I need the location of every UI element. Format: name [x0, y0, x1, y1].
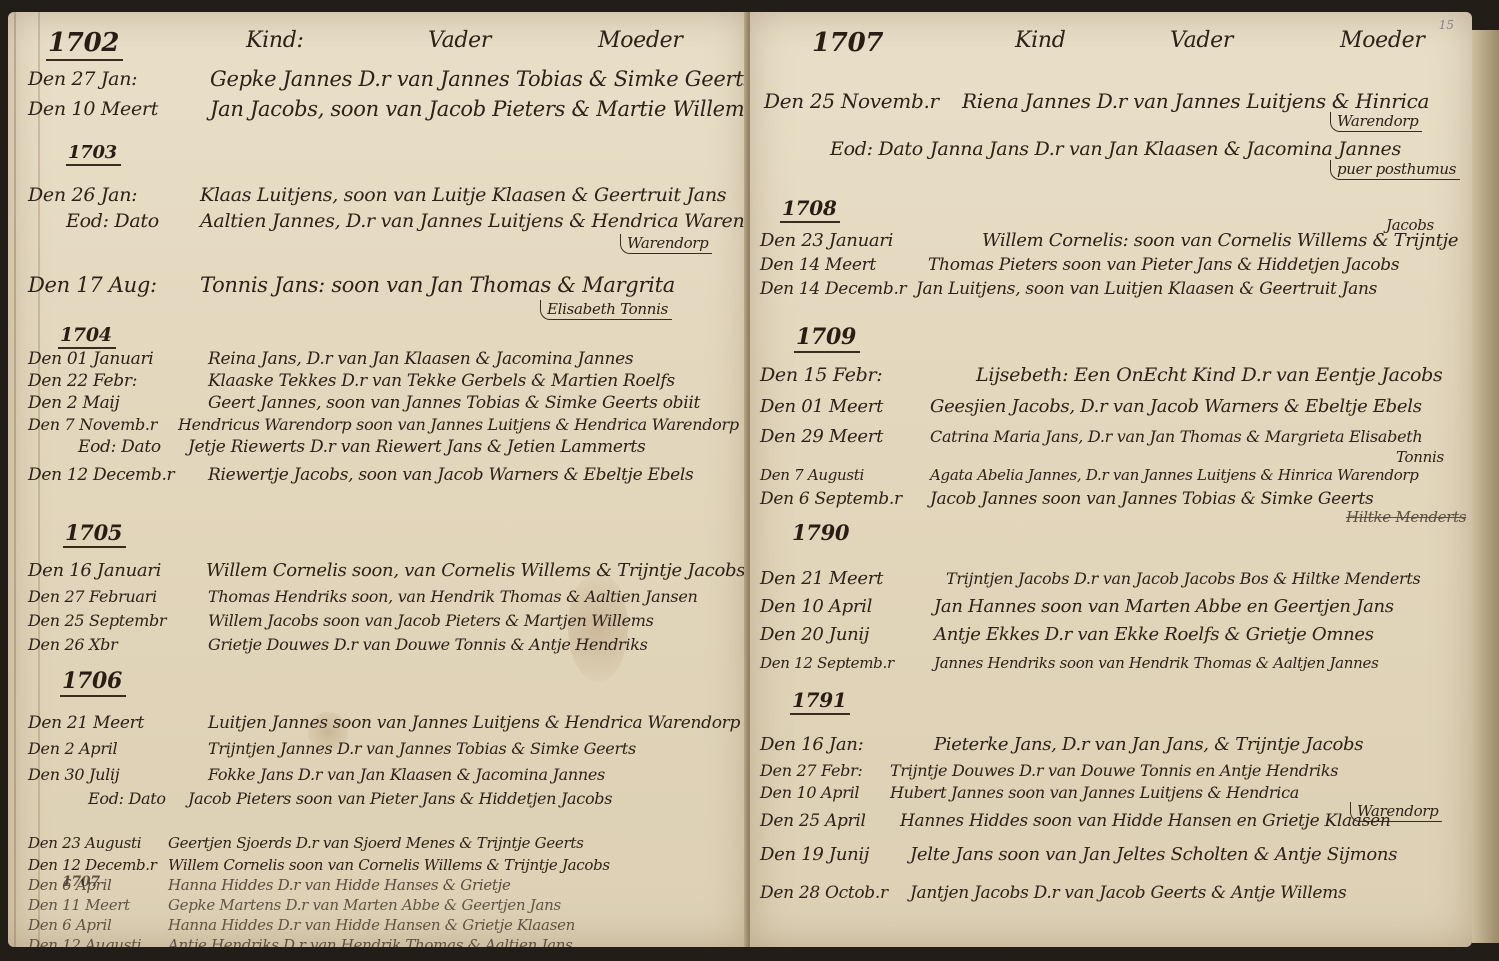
entry-text: Jantjen Jacobs D.r van Jacob Geerts & An… — [910, 882, 1346, 904]
entry-text: Willem Cornelis: soon van Cornelis Wille… — [982, 230, 1458, 252]
entry-text: Willem Jacobs soon van Jacob Pieters & M… — [208, 610, 654, 632]
year-label: 1709 — [794, 324, 860, 353]
right-page: 15 1707 Kind Vader Moeder Den 25 Novemb.… — [750, 12, 1472, 947]
entry-text: Geert Jannes, soon van Jannes Tobias & S… — [208, 392, 700, 414]
register-entry: Eod: Dato Aaltien Jannes, D.r van Jannes… — [66, 210, 159, 232]
register-entry: Den 22 Febr: Klaaske Tekkes D.r van Tekk… — [28, 370, 137, 392]
register-entry: Den 11 Meert Gepke Martens D.r van Marte… — [28, 894, 130, 916]
entry-date: Eod: Dato — [66, 210, 159, 232]
register-entry: Den 28 Octob.r Jantjen Jacobs D.r van Ja… — [760, 882, 888, 904]
entry-text: Antje Ekkes D.r van Ekke Roelfs & Grietj… — [934, 624, 1374, 646]
register-entry: Den 10 Meert Jan Jacobs, soon van Jacob … — [28, 98, 158, 120]
entry-text: Jan Hannes soon van Marten Abbe en Geert… — [934, 596, 1394, 618]
register-entry: Den 2 April Trijntjen Jannes D.r van Jan… — [28, 738, 117, 760]
register-entry: Den 12 Septemb.r Jannes Hendriks soon va… — [760, 652, 894, 674]
entry-text: Hanna Hiddes D.r van Hidde Hanses & Grie… — [168, 874, 511, 896]
entry-text: Gepke Jannes D.r van Jannes Tobias & Sim… — [210, 68, 748, 90]
year-label: 1708 — [780, 196, 840, 223]
entry-text: Janna Jans D.r van Jan Klaasen & Jacomin… — [930, 138, 1401, 160]
entry-date: Den 26 Jan: — [28, 184, 137, 206]
entry-date: Eod: Dato — [88, 788, 166, 810]
register-entry: Den 17 Aug: Tonnis Jans: soon van Jan Th… — [28, 274, 157, 296]
entry-text: Jelte Jans soon van Jan Jeltes Scholten … — [910, 844, 1397, 866]
register-entry: Den 26 Jan: Klaas Luitjens, soon van Lui… — [28, 184, 137, 206]
register-entry: Den 23 Januari Willem Cornelis: soon van… — [760, 230, 893, 252]
register-entry: Eod: Dato Janna Jans D.r van Jan Klaasen… — [830, 138, 923, 160]
entry-text: Riewertje Jacobs, soon van Jacob Warners… — [208, 464, 693, 486]
entry-text: Tonnis Jans: soon van Jan Thomas & Margr… — [200, 274, 675, 296]
register-entry: Den 15 Febr: Lijsebeth: Een OnEcht Kind … — [760, 364, 882, 386]
entry-date: Den 10 April — [760, 782, 859, 804]
header-moeder: Moeder — [1340, 28, 1425, 53]
margin-note: puer posthumus — [1330, 160, 1460, 180]
register-entry: Den 14 Decemb.r Jan Luitjens, soon van L… — [760, 278, 906, 300]
entry-text: Klaas Luitjens, soon van Luitje Klaasen … — [200, 184, 726, 206]
entry-date: Den 30 Julij — [28, 764, 119, 786]
register-entry: Den 14 Meert Thomas Pieters soon van Pie… — [760, 254, 876, 276]
entry-text: Luitjen Jannes soon van Jannes Luitjens … — [208, 712, 740, 734]
entry-text: Catrina Maria Jans, D.r van Jan Thomas &… — [930, 426, 1422, 448]
struck-note: Hiltke Menderts — [1346, 508, 1466, 526]
entry-date: Den 25 Septembr — [28, 610, 166, 632]
entry-date: Den 23 Augusti — [28, 832, 141, 854]
entry-date: Den 2 April — [28, 738, 117, 760]
year-label: 1790 — [790, 520, 853, 546]
year-header: 1702 — [46, 28, 123, 61]
entry-text: Agata Abelia Jannes, D.r van Jannes Luit… — [930, 464, 1419, 486]
entry-date: Den 10 April — [760, 596, 872, 618]
register-entry: Den 27 Jan: Gepke Jannes D.r van Jannes … — [28, 68, 137, 90]
entry-date: Den 29 Meert — [760, 426, 883, 448]
entry-date: Den 25 April — [760, 810, 866, 832]
entry-date: Den 26 Xbr — [28, 634, 117, 656]
entry-date: Den 12 Septemb.r — [760, 652, 894, 674]
entry-text: Jacob Pieters soon van Pieter Jans & Hid… — [188, 788, 612, 810]
entry-date: Den 14 Meert — [760, 254, 876, 276]
year-label: 1791 — [790, 688, 850, 715]
entry-text: Riena Jannes D.r van Jannes Luitjens & H… — [962, 90, 1429, 112]
entry-date: Den 19 Junij — [760, 844, 869, 866]
header-kind: Kind: — [246, 28, 304, 53]
register-entry: Eod: Dato Jetje Riewerts D.r van Riewert… — [78, 436, 161, 458]
entry-date: Den 22 Febr: — [28, 370, 137, 392]
entry-text: Reina Jans, D.r van Jan Klaasen & Jacomi… — [208, 348, 633, 370]
left-page: 1702 Kind: Vader Moeder Den 27 Jan: Gepk… — [8, 12, 748, 947]
header-moeder: Moeder — [598, 28, 683, 53]
entry-date: Den 6 April — [28, 874, 112, 896]
entry-date: Den 21 Meert — [760, 568, 883, 590]
year-header: 1707 — [810, 28, 887, 59]
year-label: 1704 — [58, 324, 116, 349]
register-entry: Den 27 Februari Thomas Hendriks soon, va… — [28, 586, 157, 608]
register-entry: Den 21 Meert Trijntjen Jacobs D.r van Ja… — [760, 568, 883, 590]
struck-entry: Den 6 April Hanna Hiddes D.r van Hidde H… — [28, 874, 112, 896]
register-entry: Den 25 Septembr Willem Jacobs soon van J… — [28, 610, 166, 632]
year-label: 1706 — [60, 668, 126, 697]
register-entry: Den 16 Jan: Pieterke Jans, D.r van Jan J… — [760, 734, 863, 756]
entry-text: Jan Luitjens, soon van Luitjen Klaasen &… — [916, 278, 1377, 300]
register-entry: Den 12 Augusti Antje Hendriks D.r van He… — [28, 934, 141, 947]
entry-text: Hubert Jannes soon van Jannes Luitjens &… — [890, 782, 1299, 804]
register-entry: Den 27 Febr: Trijntje Douwes D.r van Dou… — [760, 760, 863, 782]
register-entry: Eod: Dato Jacob Pieters soon van Pieter … — [88, 788, 166, 810]
entry-text: Fokke Jans D.r van Jan Klaasen & Jacomin… — [208, 764, 605, 786]
entry-text: Willem Cornelis soon van Cornelis Willem… — [168, 854, 610, 876]
entry-text: Trijntjen Jannes D.r van Jannes Tobias &… — [208, 738, 636, 760]
register-entry: Den 12 Decemb.r Riewertje Jacobs, soon v… — [28, 464, 174, 486]
entry-text: Pieterke Jans, D.r van Jan Jans, & Trijn… — [934, 734, 1363, 756]
entry-text: Grietje Douwes D.r van Douwe Tonnis & An… — [208, 634, 648, 656]
header-kind: Kind — [1015, 28, 1066, 53]
entry-text: Hendricus Warendorp soon van Jannes Luit… — [178, 414, 739, 436]
entry-text: Hanna Hiddes D.r van Hidde Hansen & Grie… — [168, 914, 575, 936]
register-entry: Den 29 Meert Catrina Maria Jans, D.r van… — [760, 426, 883, 448]
register-entry: Den 10 April Hubert Jannes soon van Jann… — [760, 782, 859, 804]
register-entry: Den 01 Januari Reina Jans, D.r van Jan K… — [28, 348, 153, 370]
register-entry: Den 20 Junij Antje Ekkes D.r van Ekke Ro… — [760, 624, 869, 646]
entry-date: Den 27 Febr: — [760, 760, 863, 782]
entry-date: Den 16 Januari — [28, 560, 161, 582]
entry-date: Den 14 Decemb.r — [760, 278, 906, 300]
register-entry: Den 19 Junij Jelte Jans soon van Jan Jel… — [760, 844, 869, 866]
register-entry: Den 30 Julij Fokke Jans D.r van Jan Klaa… — [28, 764, 119, 786]
entry-text: Trijntje Douwes D.r van Douwe Tonnis en … — [890, 760, 1338, 782]
entry-date: Eod: Dato — [830, 138, 923, 160]
entry-date: Den 01 Januari — [28, 348, 153, 370]
entry-text: Lijsebeth: Een OnEcht Kind D.r van Eentj… — [976, 364, 1442, 386]
entry-date: Den 27 Februari — [28, 586, 157, 608]
entry-date: Den 10 Meert — [28, 98, 158, 120]
entry-text: Antje Hendriks D.r van Hendrik Thomas & … — [168, 934, 573, 947]
header-vader: Vader — [428, 28, 491, 53]
entry-date: Den 21 Meert — [28, 712, 144, 734]
entry-date: Den 25 Novemb.r — [764, 90, 939, 112]
entry-text: Klaaske Tekkes D.r van Tekke Gerbels & M… — [208, 370, 675, 392]
entry-text: Hannes Hiddes soon van Hidde Hansen en G… — [900, 810, 1391, 832]
entry-date: Den 11 Meert — [28, 894, 130, 916]
register-entry: Den 16 Januari Willem Cornelis soon, van… — [28, 560, 161, 582]
register-entry: Den 12 Decemb.r Willem Cornelis soon van… — [28, 854, 157, 876]
year-label: 1705 — [63, 520, 126, 548]
header-vader: Vader — [1170, 28, 1233, 53]
entry-text: Geertjen Sjoerds D.r van Sjoerd Menes & … — [168, 832, 583, 854]
entry-text: Geesjien Jacobs, D.r van Jacob Warners &… — [930, 396, 1422, 418]
entry-text: Thomas Hendriks soon, van Hendrik Thomas… — [208, 586, 698, 608]
margin-note: Warendorp — [1330, 112, 1422, 132]
entry-date: Den 2 Maij — [28, 392, 120, 414]
margin-note: Warendorp — [620, 234, 712, 254]
entry-date: Den 17 Aug: — [28, 274, 157, 296]
year-label: 1703 — [66, 142, 121, 166]
entry-date: Den 6 April — [28, 914, 112, 936]
entry-text: Jetje Riewerts D.r van Riewert Jans & Je… — [188, 436, 645, 458]
entry-date: Den 28 Octob.r — [760, 882, 888, 904]
entry-date: Den 12 Augusti — [28, 934, 141, 947]
register-entry: Den 2 Maij Geert Jannes, soon van Jannes… — [28, 392, 120, 414]
entry-date: Den 6 Septemb.r — [760, 488, 902, 510]
register-entry: Den 21 Meert Luitjen Jannes soon van Jan… — [28, 712, 144, 734]
entry-text: Trijntjen Jacobs D.r van Jacob Jacobs Bo… — [946, 568, 1420, 590]
register-entry: Den 6 April Hanna Hiddes D.r van Hidde H… — [28, 914, 112, 936]
entry-text: Jan Jacobs, soon van Jacob Pieters & Mar… — [210, 98, 748, 120]
register-entry: Den 25 April Hannes Hiddes soon van Hidd… — [760, 810, 866, 832]
page-number: 15 — [1439, 18, 1454, 32]
entry-date: Den 01 Meert — [760, 396, 883, 418]
entry-date: Eod: Dato — [78, 436, 161, 458]
entry-text: Aaltien Jannes, D.r van Jannes Luitjens … — [200, 210, 748, 232]
entry-text: Willem Cornelis soon, van Cornelis Wille… — [206, 560, 745, 582]
register-entry: Den 10 April Jan Hannes soon van Marten … — [760, 596, 872, 618]
entry-date: Den 15 Febr: — [760, 364, 882, 386]
entry-date: Den 23 Januari — [760, 230, 893, 252]
register-entry: Den 26 Xbr Grietje Douwes D.r van Douwe … — [28, 634, 117, 656]
entry-text: Gepke Martens D.r van Marten Abbe & Geer… — [168, 894, 561, 916]
register-book: 1702 Kind: Vader Moeder Den 27 Jan: Gepk… — [0, 0, 1499, 961]
margin-note: Elisabeth Tonnis — [540, 300, 672, 320]
entry-text: Jacob Jannes soon van Jannes Tobias & Si… — [930, 488, 1373, 510]
entry-date: Den 16 Jan: — [760, 734, 863, 756]
entry-date: Den 7 Novemb.r — [28, 414, 157, 436]
entry-date: Den 7 Augusti — [760, 464, 864, 486]
entry-text: Thomas Pieters soon van Pieter Jans & Hi… — [928, 254, 1399, 276]
register-entry: Den 7 Novemb.r Hendricus Warendorp soon … — [28, 414, 157, 436]
register-entry: Den 23 Augusti Geertjen Sjoerds D.r van … — [28, 832, 141, 854]
entry-date: Den 20 Junij — [760, 624, 869, 646]
register-entry: Den 01 Meert Geesjien Jacobs, D.r van Ja… — [760, 396, 883, 418]
entry-date: Den 12 Decemb.r — [28, 464, 174, 486]
entry-text: Jannes Hendriks soon van Hendrik Thomas … — [934, 652, 1379, 674]
entry-date: Den 12 Decemb.r — [28, 854, 157, 876]
register-entry: Den 25 Novemb.r Riena Jannes D.r van Jan… — [764, 90, 939, 112]
register-entry: Den 6 Septemb.r Jacob Jannes soon van Ja… — [760, 488, 902, 510]
entry-date: Den 27 Jan: — [28, 68, 137, 90]
register-entry: Den 7 Augusti Agata Abelia Jannes, D.r v… — [760, 464, 864, 486]
page-edges — [1472, 30, 1499, 943]
